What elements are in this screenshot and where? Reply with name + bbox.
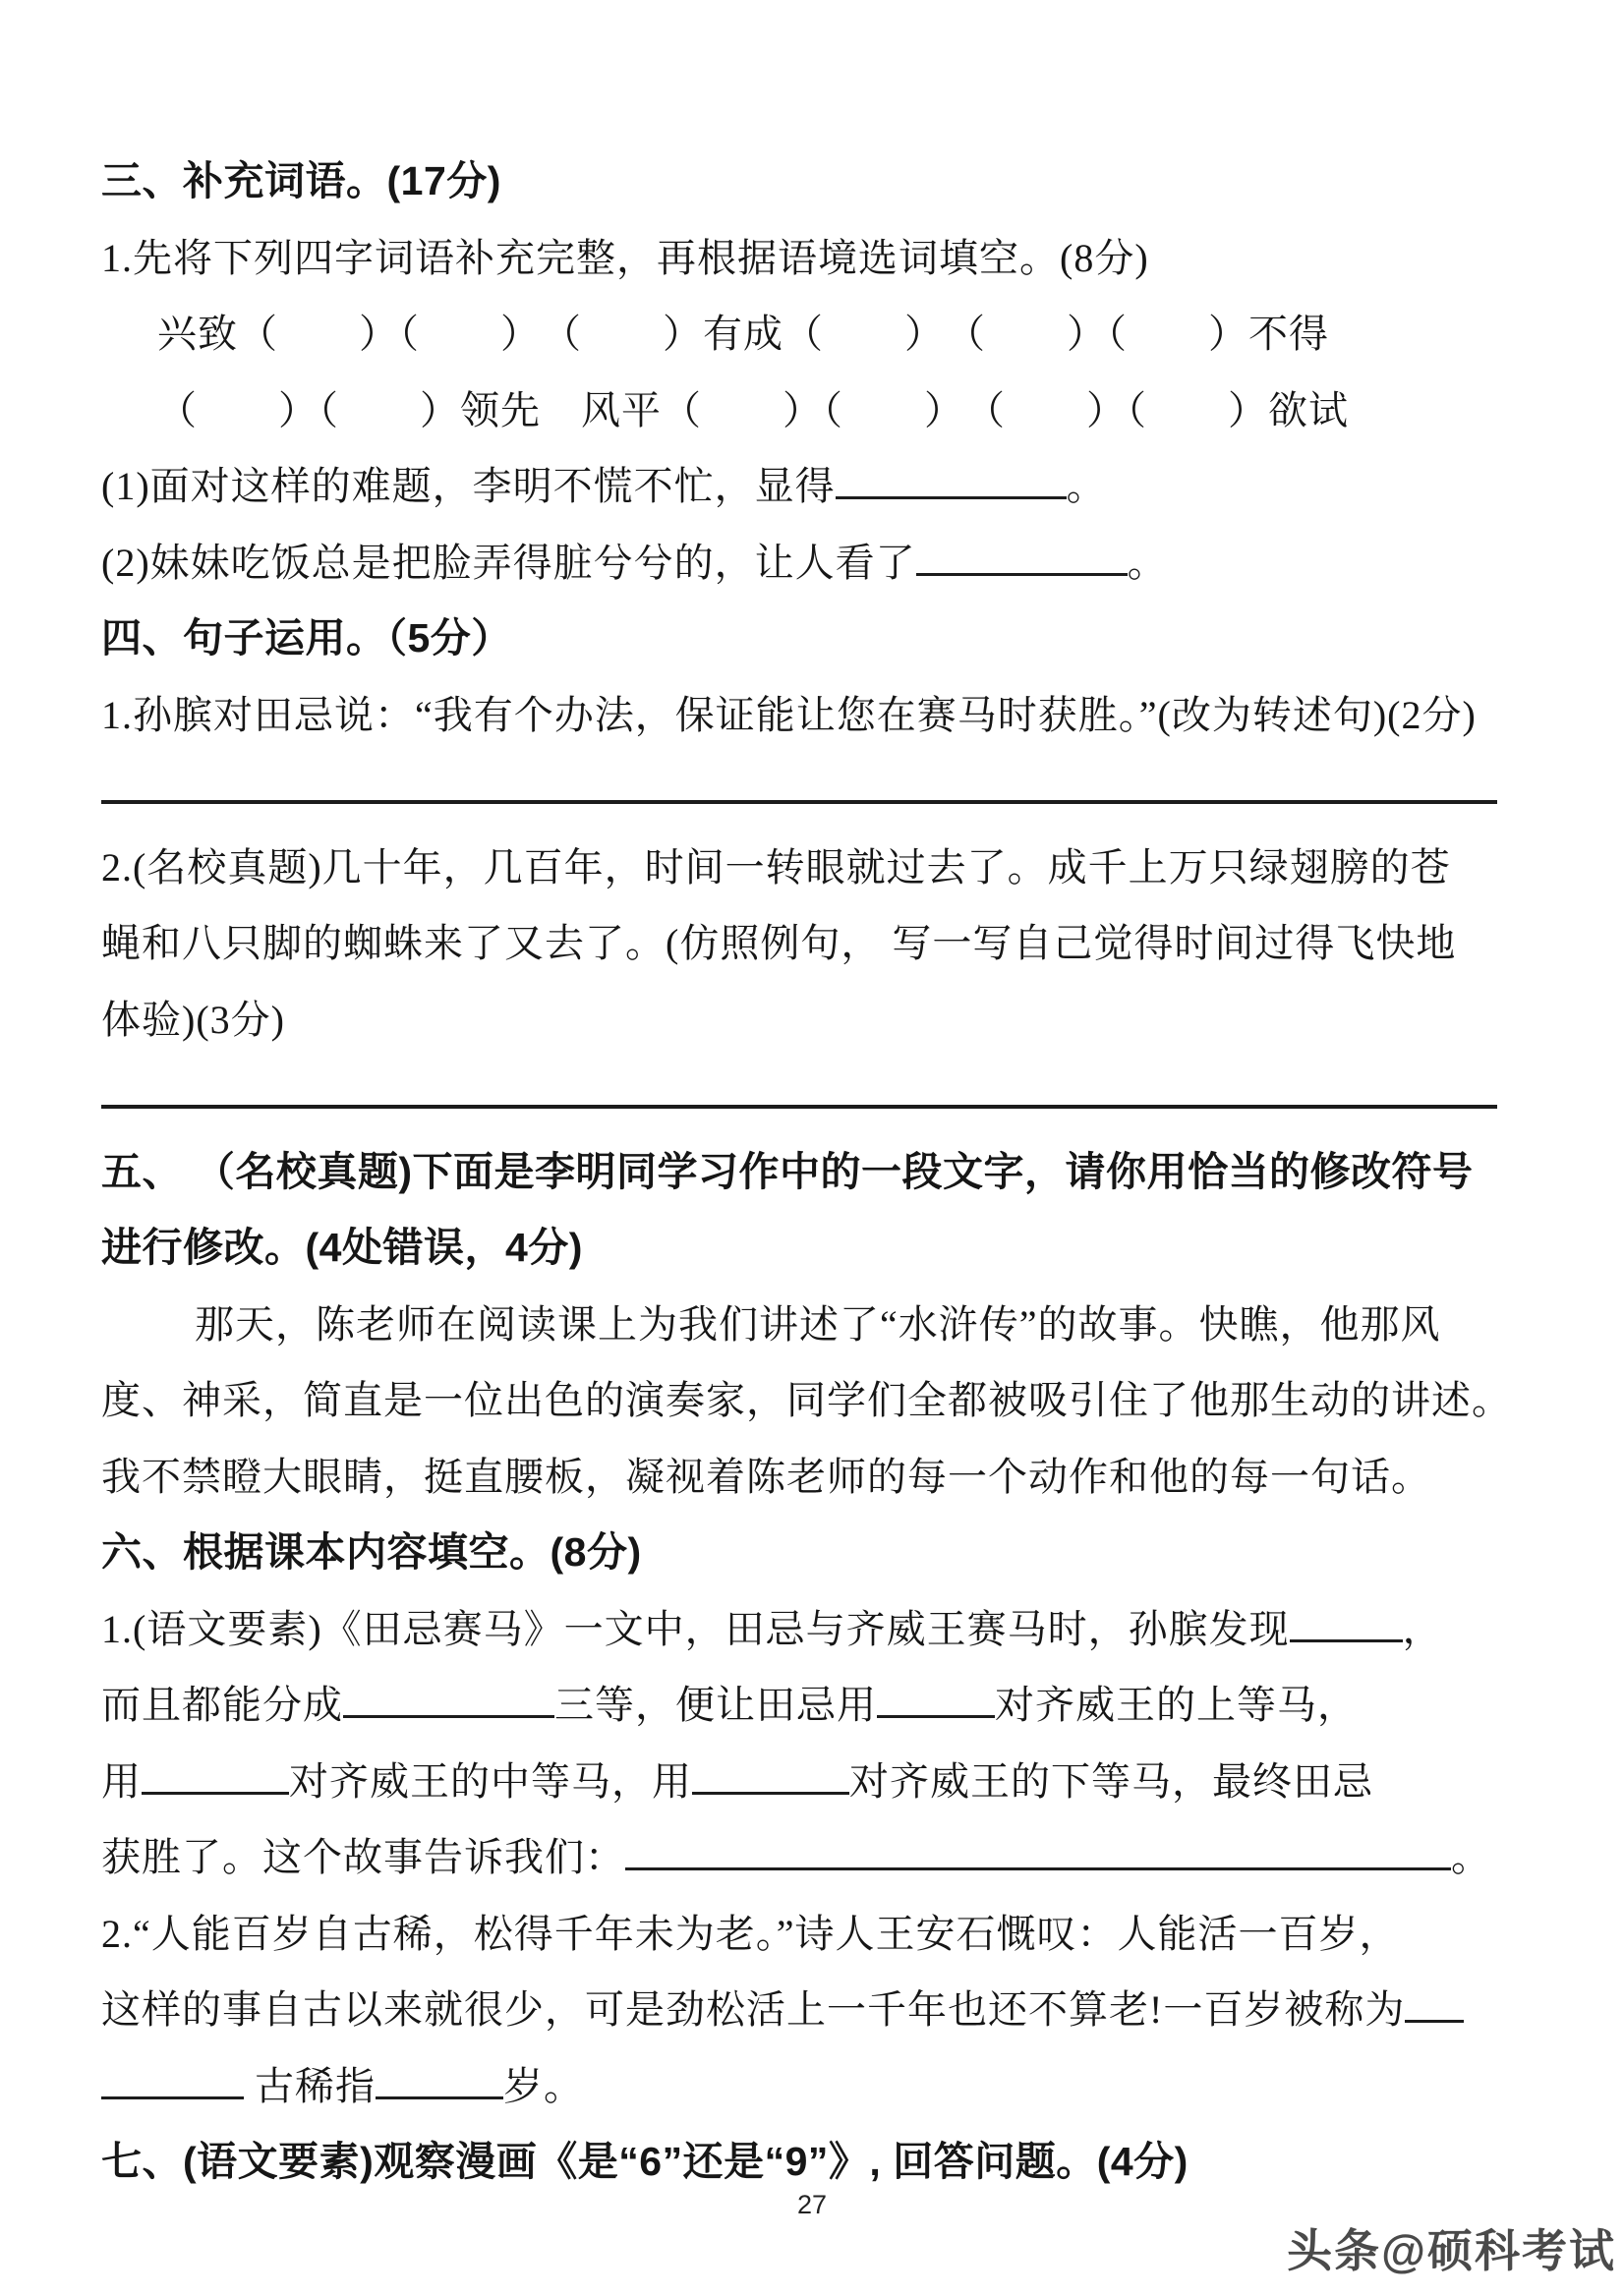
word-bank-row-2: （ ）（ ）领先 风平（ ）（ ） （ ）（ ）欲试 — [101, 373, 1527, 449]
q1-l3-text-a: 用 — [101, 1759, 142, 1804]
q1-l4-period: 。 — [1451, 1835, 1491, 1879]
section-6-q2-line-2: 这样的事自古以来就很少，可是劲松活上一千年也还不算老!一百岁被称为 — [101, 1972, 1527, 2048]
fill-blank — [1405, 1980, 1464, 2023]
section-3-heading: 三、补充词语。(17分) — [101, 143, 1527, 220]
section-4-question-2-line-2: 蝇和八只脚的蜘蛛来了又去了。(仿照例句， 写一写自己觉得时间过得飞快地 — [101, 905, 1527, 982]
q1-l1-text: 1.(语文要素)《田忌赛马》一文中，田忌与齐威王赛马时，孙膑发现 — [101, 1607, 1290, 1651]
section-4-question-1: 1.孙膑对田忌说：“我有个办法，保证能让您在赛马时获胜。”(改为转述句)(2分) — [101, 677, 1527, 754]
watermark: 头条@硕科考试 — [1287, 2215, 1616, 2280]
fill-item-1-period: 。 — [1067, 464, 1107, 508]
section-3-question-1: 1.先将下列四字词语补充完整，再根据语境选词填空。(8分) — [101, 220, 1527, 297]
q1-l2-text-c: 对齐威王的上等马， — [995, 1683, 1358, 1727]
section-6-q1-line-2: 而且都能分成三等，便让田忌用对齐威王的上等马， — [101, 1667, 1527, 1744]
fill-item-1: (1)面对这样的难题，李明不慌不忙，显得。 — [101, 448, 1527, 525]
fill-blank — [1290, 1600, 1403, 1642]
answer-line — [101, 753, 1527, 830]
q2-l2-text: 这样的事自古以来就很少，可是劲松活上一千年也还不算老!一百岁被称为 — [101, 1987, 1405, 2032]
fill-blank — [142, 1752, 289, 1795]
fill-item-2-text: (2)妹妹吃饭总是把脸弄得脏兮兮的，让人看了 — [101, 541, 916, 585]
fill-blank — [877, 1676, 995, 1718]
section-4-question-2-line-1: 2.(名校真题)几十年，几百年，时间一转眼就过去了。成千上万只绿翅膀的苍 — [101, 830, 1527, 906]
answer-line — [101, 1058, 1527, 1134]
fill-blank — [376, 2057, 503, 2099]
section-5-paragraph-line-1: 那天，陈老师在阅读课上为我们讲述了“水浒传”的故事。快瞧，他那风 — [101, 1287, 1527, 1363]
section-4-heading: 四、句子运用。（5分） — [101, 601, 1527, 677]
section-7-heading: 七、(语文要素)观察漫画《是“6”还是“9”》, 回答问题。(4分) — [101, 2124, 1527, 2201]
fill-item-2: (2)妹妹吃饭总是把脸弄得脏兮兮的，让人看了。 — [101, 525, 1527, 602]
answer-rule — [101, 1065, 1497, 1109]
q1-l2-text-b: 三等，便让田忌用 — [554, 1683, 877, 1727]
section-5-heading-line-1: 五、 （名校真题)下面是李明同学习作中的一段文字，请你用恰当的修改符号 — [101, 1134, 1527, 1211]
section-5-heading-line-2: 进行修改。(4处错误，4分) — [101, 1210, 1527, 1287]
exam-paper-page: 三、补充词语。(17分) 1.先将下列四字词语补充完整，再根据语境选词填空。(8… — [0, 0, 1624, 2296]
q1-l4-text: 获胜了。这个故事告诉我们： — [101, 1835, 625, 1879]
q1-l3-text-b: 对齐威王的中等马，用 — [289, 1759, 692, 1804]
section-4-question-2-line-3: 体验)(3分) — [101, 982, 1527, 1059]
section-6-q2-line-1: 2.“人能百岁自古稀，松得千年未为老。”诗人王安石慨叹：人能活一百岁， — [101, 1896, 1527, 1973]
fill-blank — [625, 1828, 1451, 1870]
fill-blank — [101, 2057, 244, 2099]
fill-blank — [692, 1752, 849, 1795]
section-6-heading: 六、根据课本内容填空。(8分) — [101, 1515, 1527, 1591]
q1-l3-text-c: 对齐威王的下等马，最终田忌 — [849, 1759, 1373, 1804]
answer-rule — [101, 761, 1497, 804]
fill-item-2-period: 。 — [1128, 541, 1168, 585]
word-bank-row-1: 兴致（ ）（ ） （ ）有成（ ） （ ）（ ）不得 — [101, 296, 1527, 373]
exam-content: 三、补充词语。(17分) 1.先将下列四字词语补充完整，再根据语境选词填空。(8… — [101, 143, 1527, 2201]
fill-blank — [916, 534, 1128, 576]
section-6-q1-line-1: 1.(语文要素)《田忌赛马》一文中，田忌与齐威王赛马时，孙膑发现， — [101, 1591, 1527, 1668]
section-5-paragraph-line-2: 度、神采，简直是一位出色的演奏家，同学们全都被吸引住了他那生动的讲述。 — [101, 1362, 1527, 1439]
section-6-q2-line-3: 古稀指岁。 — [101, 2048, 1527, 2125]
q2-l3-text-b: 岁。 — [503, 2064, 584, 2108]
section-6-q1-line-4: 获胜了。这个故事告诉我们：。 — [101, 1819, 1527, 1896]
q1-l2-text-a: 而且都能分成 — [101, 1683, 343, 1727]
q2-l3-text-a: 古稀指 — [255, 2064, 376, 2108]
fill-blank — [836, 457, 1067, 499]
fill-blank — [343, 1676, 554, 1718]
section-5-paragraph-line-3: 我不禁瞪大眼睛，挺直腰板，凝视着陈老师的每一个动作和他的每一句话。 — [101, 1439, 1527, 1516]
fill-item-1-text: (1)面对这样的难题，李明不慌不忙，显得 — [101, 464, 836, 508]
section-6-q1-line-3: 用对齐威王的中等马，用对齐威王的下等马，最终田忌 — [101, 1744, 1527, 1820]
q1-l1-comma: ， — [1403, 1607, 1443, 1651]
